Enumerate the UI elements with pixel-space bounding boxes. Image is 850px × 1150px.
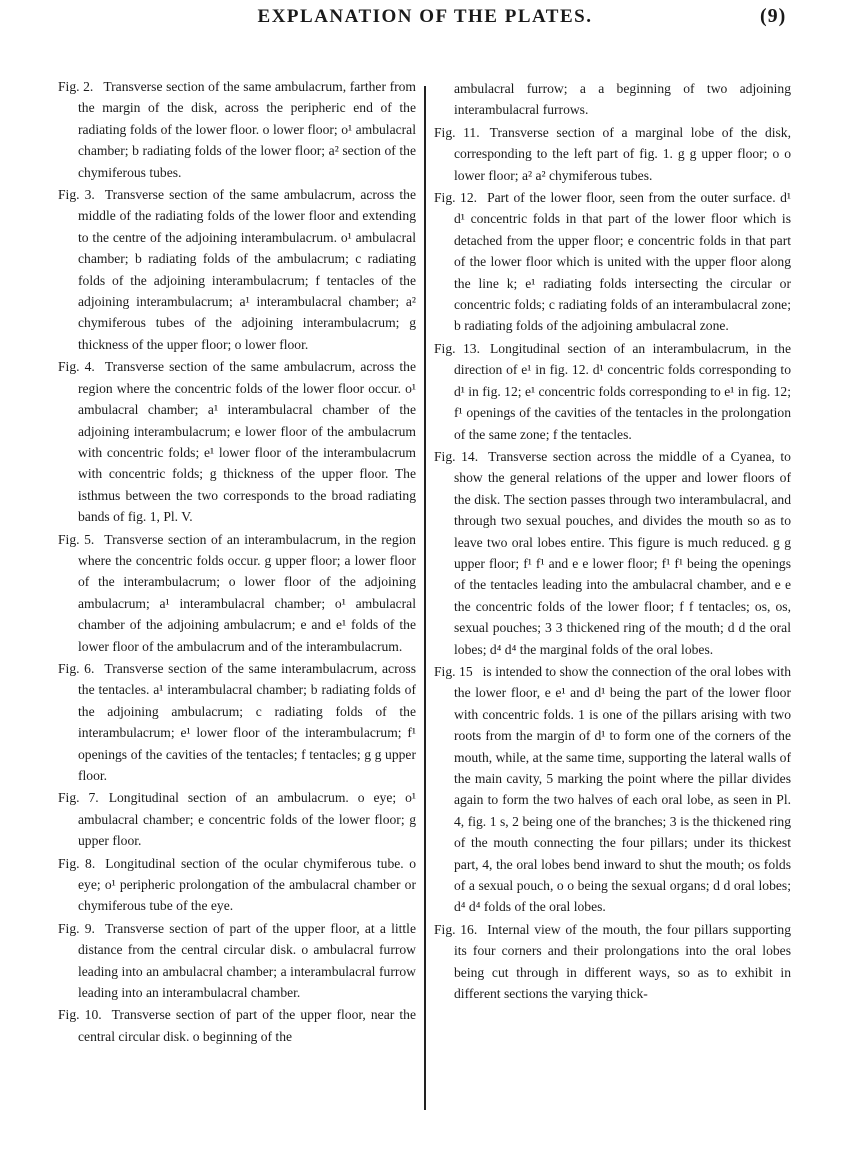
page-header: EXPLANATION OF THE PLATES. (9)	[0, 0, 850, 60]
figure-description: Transverse section of an interambulacrum…	[78, 532, 416, 654]
figure-entry-15: Fig. 15is intended to show the connectio…	[434, 661, 791, 918]
figure-label: Fig. 16.	[434, 922, 477, 937]
figure-label: Fig. 12.	[434, 190, 477, 205]
figure-label: Fig. 2.	[58, 79, 93, 94]
figure-description: Internal view of the mouth, the four pil…	[454, 922, 791, 1001]
figure-entry-13: Fig. 13.Longitudinal section of an inter…	[434, 338, 791, 445]
figure-label: Fig. 4.	[58, 359, 95, 374]
figure-description: Part of the lower floor, seen from the o…	[454, 190, 791, 333]
figure-label: Fig. 14.	[434, 449, 478, 464]
figure-description: Transverse section across the middle of …	[454, 449, 791, 657]
figure-label: Fig. 15	[434, 664, 473, 679]
page-title: EXPLANATION OF THE PLATES.	[0, 6, 850, 28]
figure-description: Transverse section of the same ambulacru…	[78, 79, 416, 180]
figure-label: Fig. 3.	[58, 187, 95, 202]
figure-entry-4: Fig. 4.Transverse section of the same am…	[58, 356, 416, 527]
figure-entry-3: Fig. 3.Transverse section of the same am…	[58, 184, 416, 355]
figure-description: is intended to show the connection of th…	[454, 664, 791, 914]
figure-label: Fig. 13.	[434, 341, 480, 356]
figure-entry-12: Fig. 12.Part of the lower floor, seen fr…	[434, 187, 791, 337]
figure-description: Transverse section of a marginal lobe of…	[454, 125, 791, 183]
figure-description: Transverse section of the same ambulacru…	[78, 359, 416, 524]
column-divider	[424, 86, 426, 1110]
figure-entry-5: Fig. 5.Transverse section of an interamb…	[58, 529, 416, 657]
figure-entry-7: Fig. 7.Longitudinal section of an ambula…	[58, 787, 416, 851]
figure-description: Longitudinal section of an ambulacrum. o…	[78, 790, 416, 848]
figure-entry-2: Fig. 2.Transverse section of the same am…	[58, 76, 416, 183]
figure-entry-8: Fig. 8.Longitudinal section of the ocula…	[58, 853, 416, 917]
figure-entry-11: Fig. 11.Transverse section of a marginal…	[434, 122, 791, 186]
figure-label: Fig. 7.	[58, 790, 99, 805]
figure-description: Longitudinal section of the ocular chymi…	[78, 856, 416, 914]
figure-description: Transverse section of the same interambu…	[78, 661, 416, 783]
figure-label: Fig. 8.	[58, 856, 95, 871]
figure-label: Fig. 10.	[58, 1007, 102, 1022]
figure-entry-14: Fig. 14.Transverse section across the mi…	[434, 446, 791, 660]
figure-description: Longitudinal section of an interambulacr…	[454, 341, 791, 442]
right-column: ambulacral furrow; a a beginning of two …	[434, 78, 791, 1005]
figure-entry-10-continued: ambulacral furrow; a a beginning of two …	[434, 78, 791, 121]
figure-entry-9: Fig. 9.Transverse section of part of the…	[58, 918, 416, 1004]
figure-label: Fig. 9.	[58, 921, 95, 936]
figure-label: Fig. 11.	[434, 125, 480, 140]
figure-entry-16: Fig. 16.Internal view of the mouth, the …	[434, 919, 791, 1005]
figure-entry-10: Fig. 10.Transverse section of part of th…	[58, 1004, 416, 1047]
figure-description: Transverse section of part of the upper …	[78, 921, 416, 1000]
figure-label: Fig. 6.	[58, 661, 94, 676]
figure-label: Fig. 5.	[58, 532, 94, 547]
figure-entry-6: Fig. 6.Transverse section of the same in…	[58, 658, 416, 786]
left-column: Fig. 2.Transverse section of the same am…	[58, 76, 416, 1048]
figure-description: Transverse section of the same ambulacru…	[78, 187, 416, 352]
figure-description: Transverse section of part of the upper …	[78, 1007, 416, 1043]
page-number: (9)	[760, 5, 786, 28]
